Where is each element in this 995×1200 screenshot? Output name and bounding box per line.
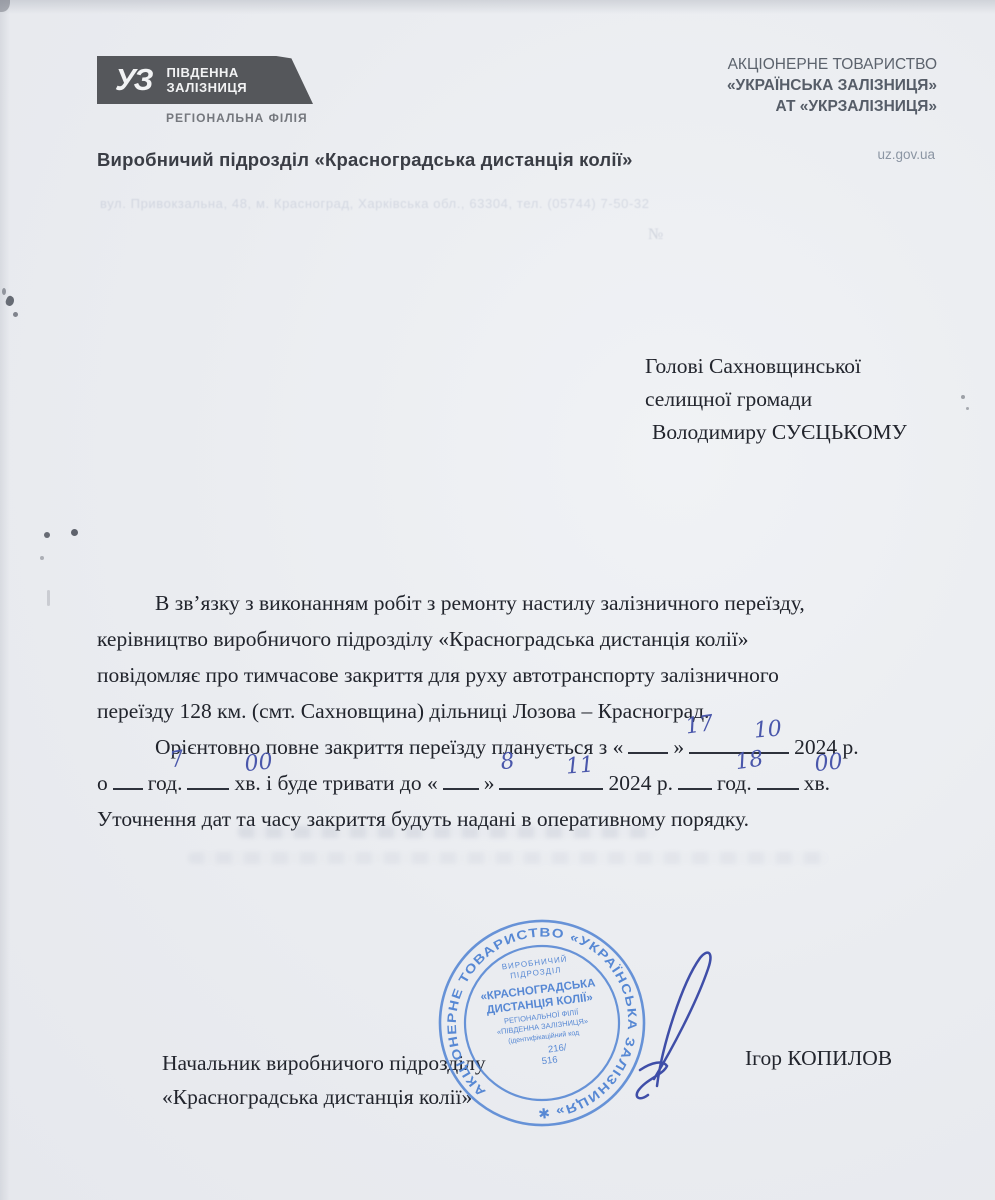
ink-speck (47, 590, 50, 606)
handwritten-day-to: 8 (440, 749, 481, 790)
ink-speck (13, 312, 18, 317)
handwritten-hour-to: 18 (676, 749, 715, 789)
fill-in-blank-hour-to: 18 (678, 767, 712, 791)
intro-line-3: повідомляє про тимчасове закриття для ру… (97, 657, 945, 693)
uz-monogram-icon: УЗ (115, 62, 152, 98)
intro-paragraph: В зв’язку з виконанням робіт з ремонту н… (97, 585, 945, 729)
intro-line-1: В зв’язку з виконанням робіт з ремонту н… (97, 585, 945, 621)
intro-line-2: керівництво виробничого підрозділу «Крас… (97, 621, 945, 657)
quote-close-2: » (484, 771, 495, 795)
signature-stroke (654, 953, 710, 1086)
railway-logo-banner: УЗ ПІВДЕННА ЗАЛІЗНИЦЯ (97, 56, 313, 104)
fill-in-blank-minute-from: 00 (187, 767, 229, 791)
recipient-line-1: Голові Сахновщинської (645, 350, 907, 383)
signoff-name: Ігор КОПИЛОВ (745, 1046, 892, 1071)
handwritten-minute-from: 00 (186, 749, 232, 789)
ink-speck (4, 295, 15, 307)
production-unit-title: Виробничий підрозділ «Красноградська дис… (97, 149, 633, 171)
at-hour-prefix: о (97, 771, 108, 795)
bleed-through-line (188, 852, 828, 864)
ink-speck (44, 532, 50, 538)
recipient-block: Голові Сахновщинської селищної громади В… (645, 350, 907, 449)
company-name-block: АКЦІОНЕРНЕ ТОВАРИСТВО «УКРАЇНСЬКА ЗАЛІЗН… (727, 54, 937, 117)
fill-in-blank-hour-from: 7 (113, 767, 143, 791)
ink-speck (40, 556, 44, 560)
recipient-line-2: селищної громади (645, 383, 907, 416)
stamp-asterisk-icon: ✱ (537, 1105, 551, 1122)
regional-branch-label: РЕГІОНАЛЬНА ФІЛІЯ (166, 111, 308, 125)
document-number-sign: № (648, 226, 663, 244)
handwritten-day-from: 17 (626, 712, 671, 753)
stamp-center-line: 216/ (547, 1042, 567, 1055)
fill-in-blank-day-from: 17 (628, 731, 668, 755)
company-line-1: АКЦІОНЕРНЕ ТОВАРИСТВО (727, 54, 937, 75)
ink-speck (961, 395, 965, 399)
scanned-letter-page: УЗ ПІВДЕННА ЗАЛІЗНИЦЯ РЕГІОНАЛЬНА ФІЛІЯ … (0, 0, 995, 1200)
signature-ink (600, 928, 760, 1108)
signature-stroke (637, 1063, 667, 1099)
fill-in-blank-month-to: 11 (499, 767, 603, 791)
fill-in-blank-minute-to: 00 (757, 767, 799, 791)
ink-speck (966, 407, 969, 410)
handwritten-month-to: 11 (498, 747, 605, 792)
faint-address-line: вул. Привокзальна, 48, м. Красноград, Ха… (100, 196, 780, 211)
company-line-2: «УКРАЇНСЬКА ЗАЛІЗНИЦЯ» (727, 75, 937, 96)
company-line-3: АТ «УКРЗАЛІЗНИЦЯ» (727, 96, 937, 117)
railway-name-line2: ЗАЛІЗНИЦЯ (167, 80, 248, 95)
handwritten-hour-from: 7 (110, 749, 146, 790)
closure-dates-paragraph: Орієнтовно повне закриття переїзду плану… (97, 729, 945, 801)
railway-name-line1: ПІВДЕННА (167, 65, 239, 80)
railway-name: ПІВДЕННА ЗАЛІЗНИЦЯ (167, 65, 248, 95)
year-to-text: 2024 р. (608, 771, 673, 795)
intro-line-4: переїзду 128 км. (смт. Сахновщина) дільн… (97, 693, 945, 729)
stamp-center-line: 516 (541, 1054, 558, 1067)
ink-speck (71, 529, 78, 536)
ink-speck (0, 0, 10, 12)
handwritten-minute-to: 00 (755, 749, 801, 789)
fill-in-blank-day-to: 8 (443, 767, 479, 791)
website-label: uz.gov.ua (877, 147, 935, 162)
ink-speck (2, 288, 6, 295)
letter-body: В зв’язку з виконанням робіт з ремонту н… (97, 585, 945, 837)
recipient-line-3: Володимиру СУЄЦЬКОМУ (652, 416, 907, 449)
clarification-paragraph: Уточнення дат та часу закриття будуть на… (97, 801, 945, 837)
